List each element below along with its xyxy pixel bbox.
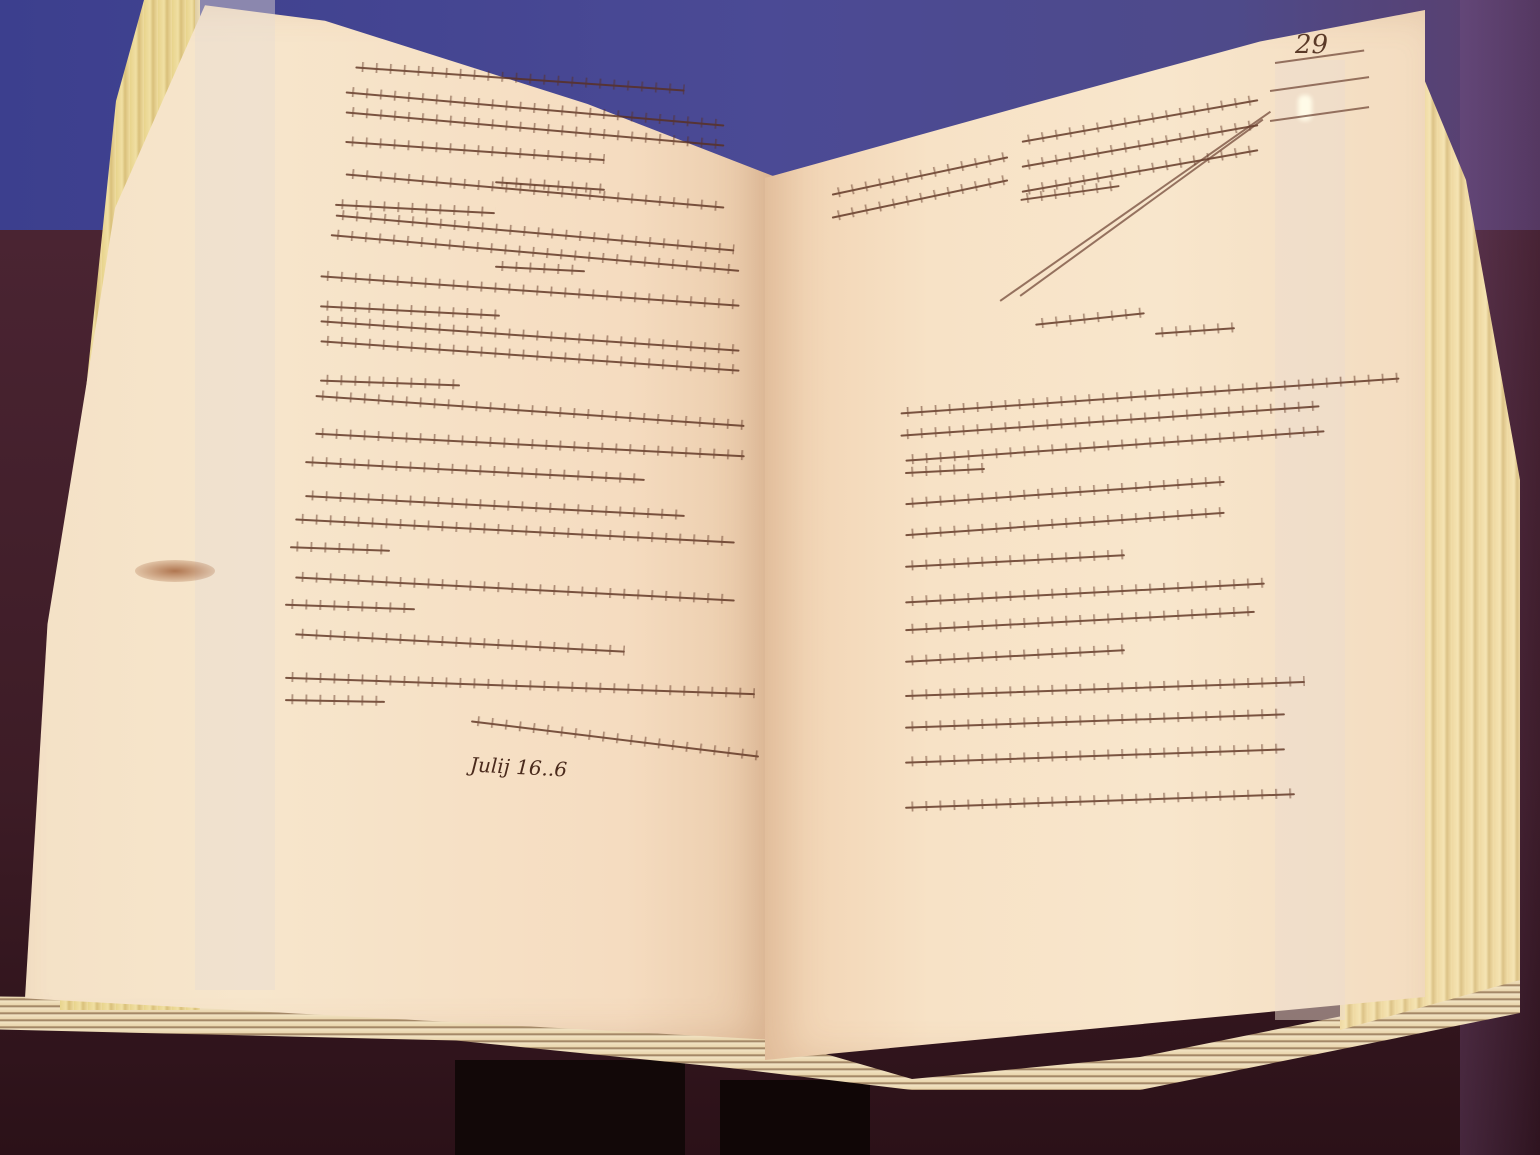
right-binding-tape (1275, 60, 1345, 1020)
open-manuscript-book: Julij 16..6 29 (0, 0, 1540, 1155)
museum-display-scene: Julij 16..6 29 (0, 0, 1540, 1155)
handwritten-line (495, 266, 585, 273)
handwritten-line (285, 699, 385, 703)
signature-date: Julij 16..6 (469, 752, 567, 781)
left-binding-tape (195, 0, 275, 990)
handwritten-line (290, 546, 390, 551)
ink-stain (135, 560, 215, 582)
handwritten-line (285, 604, 415, 611)
handwritten-line (905, 468, 985, 474)
